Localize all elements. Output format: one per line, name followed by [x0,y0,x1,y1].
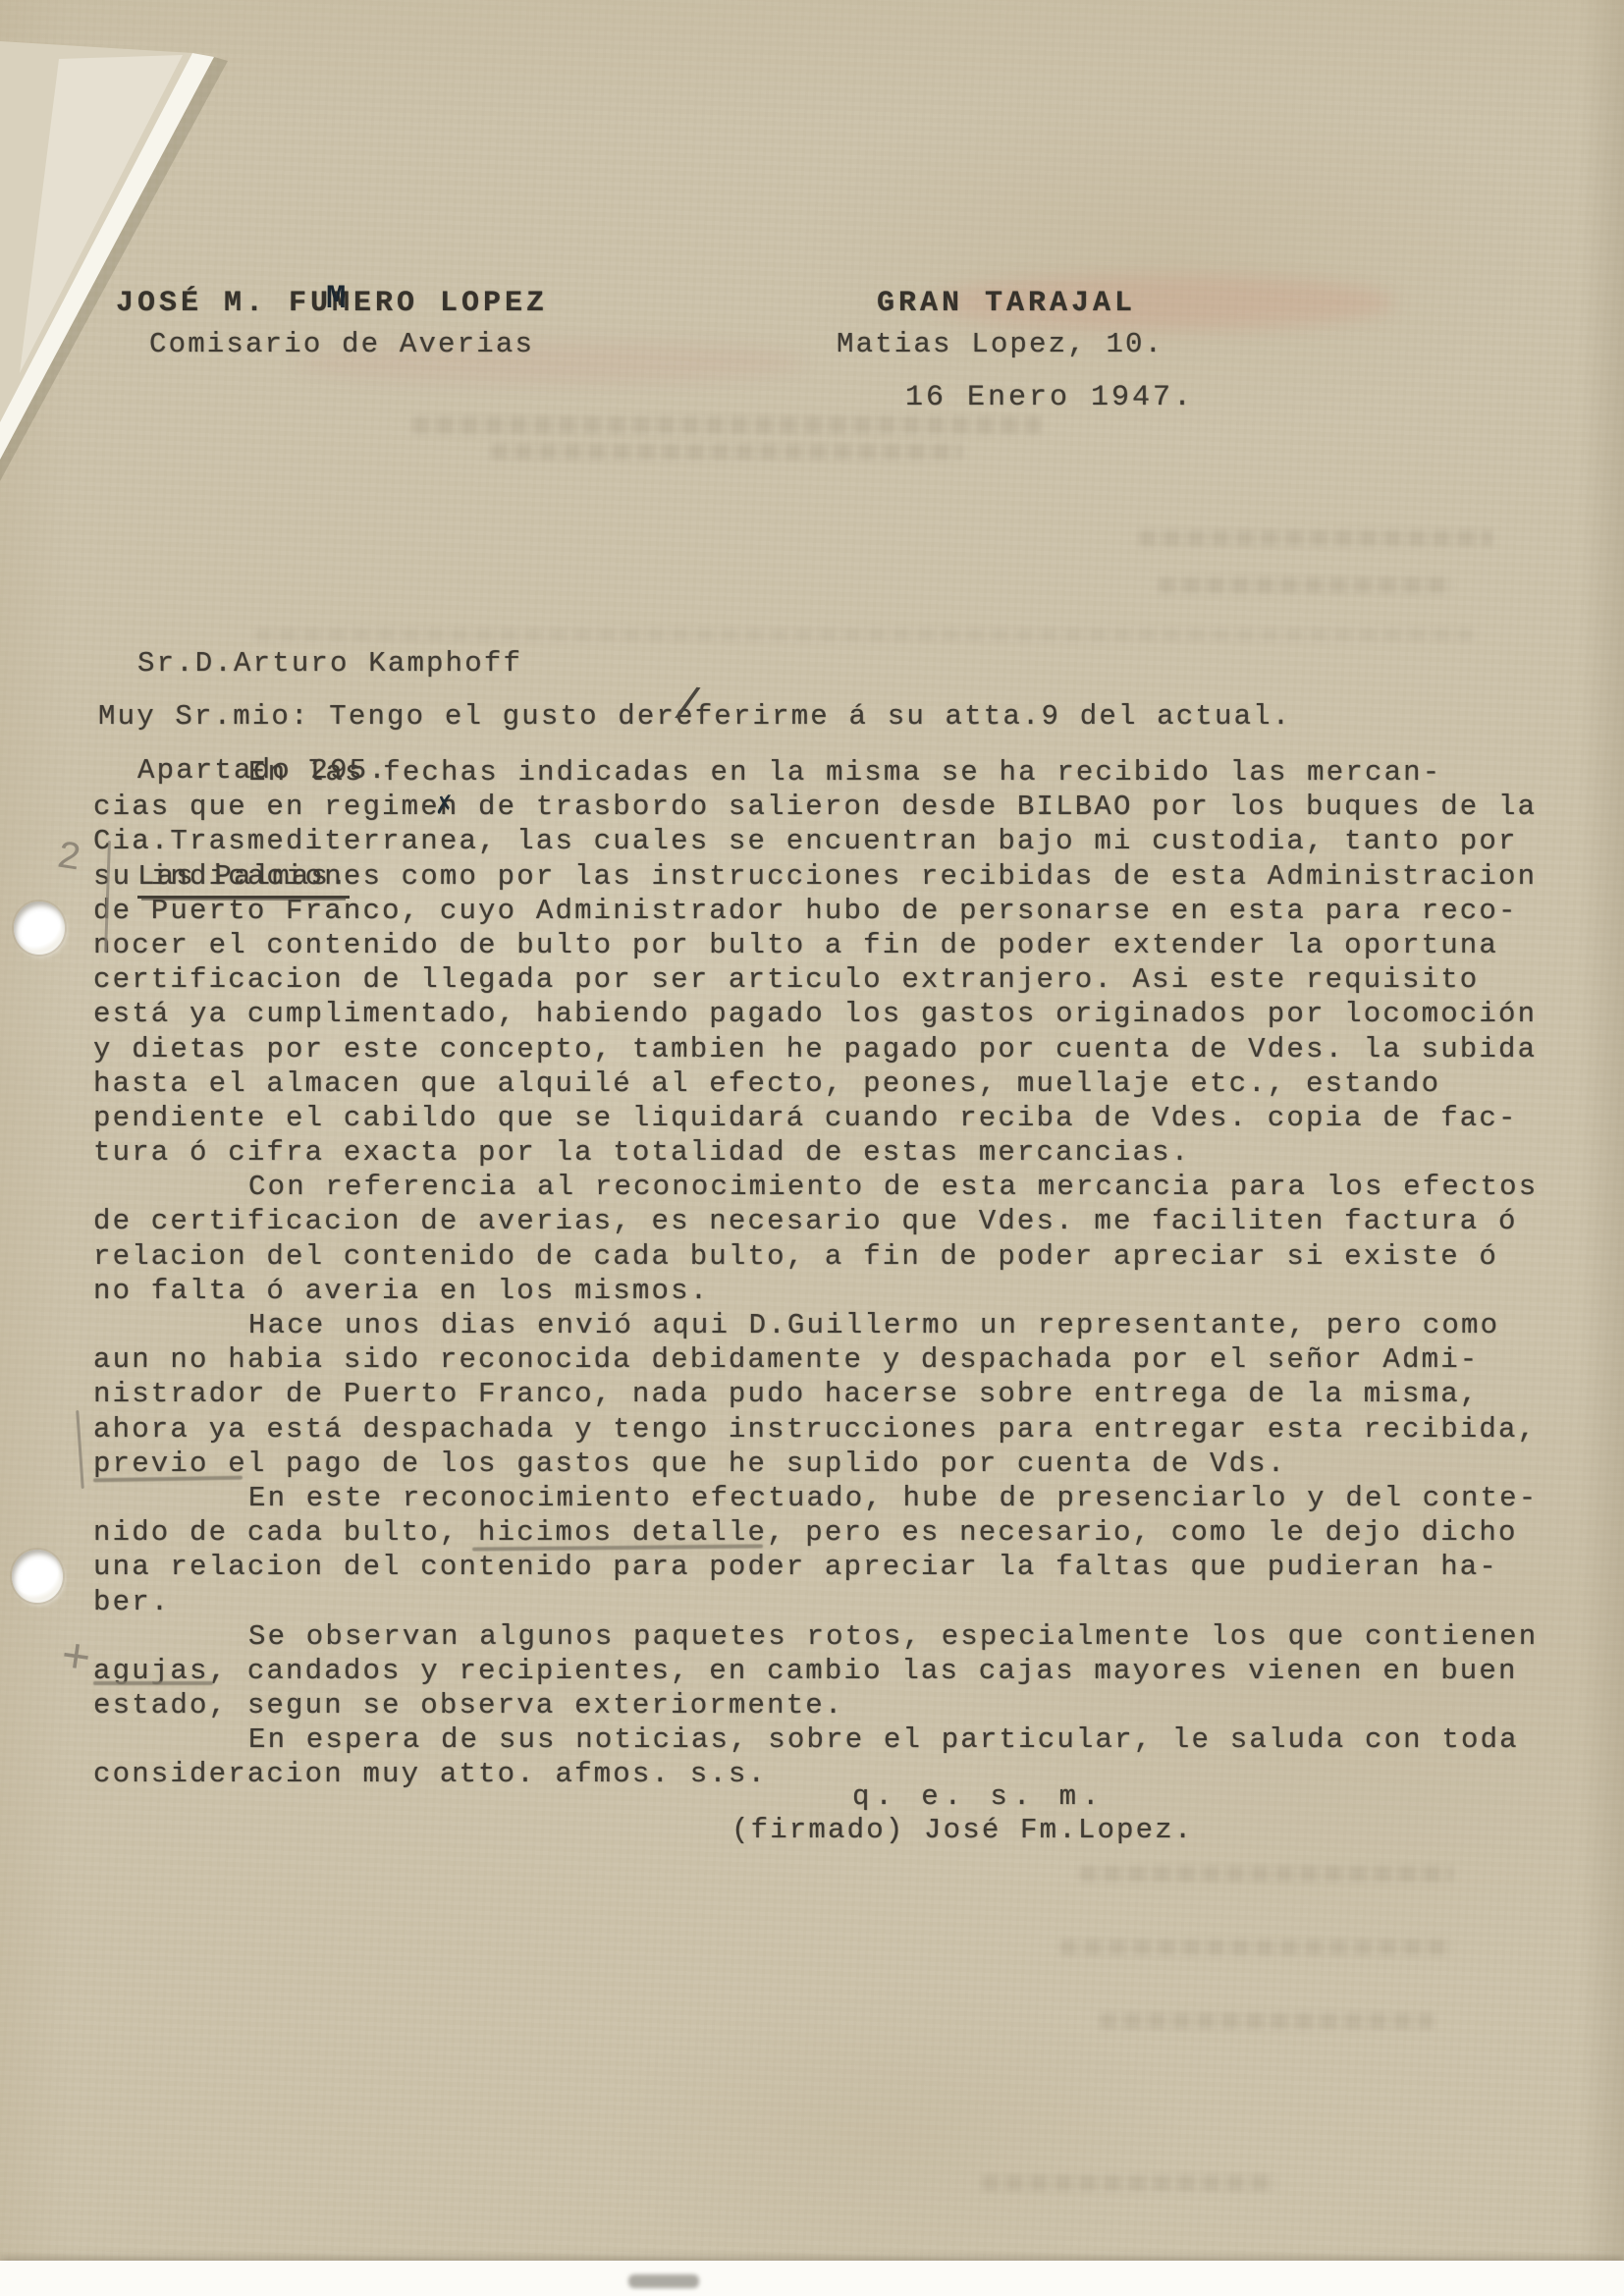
letter-date: 16 Enero 1947. [905,381,1194,415]
body-line: su indicaciones como por las instruccion… [93,859,1576,894]
body-line: tura ó cifra exacta por la totalidad de … [93,1135,1576,1170]
fold-flap [0,41,192,422]
punch-hole-top [14,902,65,955]
closing-formula: q. e. s. m. [852,1779,1105,1814]
body-paragraph: En las fechas indicadas en la misma se h… [93,755,1576,1170]
body-paragraph: Hace unos dias envió aqui D.Guillermo un… [93,1308,1576,1481]
bleed-through-text [1139,530,1492,546]
body-line: una relacion del contenido para poder ap… [93,1550,1576,1584]
fold-crease-shadow [0,57,228,481]
body-line: cias que en regimen de trasbordo saliero… [93,790,1576,824]
body-line: Se observan algunos paquetes rotos, espe… [93,1619,1576,1654]
pencil-underline-agujas [93,1681,213,1685]
body-line: consideracion muy atto. afmos. s.s. [93,1757,1576,1791]
bleed-through-text [1080,1866,1453,1882]
body-line: En este reconocimiento efectuado, hube d… [93,1481,1576,1515]
pencil-margin-stroke [76,1410,84,1489]
body-paragraph: En este reconocimiento efectuado, hube d… [93,1481,1576,1619]
bottom-smudge [628,2274,699,2288]
bleed-through-text [1100,2013,1434,2029]
fold-crease-highlight [0,53,214,460]
body-line: no falta ó averia en los mismos. [93,1274,1576,1308]
bleed-through-text [1159,577,1453,593]
bleed-through-text [491,444,962,460]
body-line: pendiente el cabildo que se liquidará cu… [93,1101,1576,1135]
body-line: aun no habia sido reconocida debidamente… [93,1342,1576,1377]
body-line: agujas, candados y recipientes, en cambi… [93,1654,1576,1688]
sender-title: Comisario de Averias [149,327,534,361]
body-line: de certificacion de averias, es necesari… [93,1204,1576,1238]
body-line: nido de cada bulto, hicimos detalle, per… [93,1515,1576,1550]
punch-hole-bottom [12,1550,63,1603]
body-line: de Puerto Franco, cuyo Administrador hub… [93,894,1576,928]
bleed-through-text [1060,1940,1453,1955]
body-line: nocer el contenido de bulto por bulto a … [93,928,1576,962]
body-line: ber. [93,1585,1576,1619]
body-line: nistrador de Puerto Franco, nada pudo ha… [93,1377,1576,1411]
bleed-through-text [982,2175,1276,2191]
body-paragraph: En espera de sus noticias, sobre el part… [93,1722,1576,1791]
body-line: está ya cumplimentado, habiendo pagado l… [93,997,1576,1031]
overstrike-blot: ✗ [433,785,456,824]
pencil-margin-cross: + [57,1630,94,1690]
recipient-name: Sr.D.Arturo Kamphoff [137,646,522,683]
body-line: Con referencia al reconocimiento de esta… [93,1170,1576,1204]
body-line: certificacion de llegada por ser articul… [93,962,1576,997]
letter-body: En las fechas indicadas en la misma se h… [93,755,1576,1792]
body-line: hasta el almacen que alquilé al efecto, … [93,1066,1576,1101]
body-line: previo el pago de los gastos que he supl… [93,1447,1576,1481]
scanned-letter-page: JOSÉ M. FUMERO LOPEZ Comisario de Averia… [0,0,1624,2296]
origin-address: Matias Lopez, 10. [837,327,1164,361]
body-paragraph: Con referencia al reconocimiento de esta… [93,1170,1576,1308]
body-line: En espera de sus noticias, sobre el part… [93,1722,1576,1757]
origin-place: GRAN TARAJAL [877,287,1136,321]
pencil-margin-number: 2 [54,835,84,882]
body-line: relacion del contenido de cada bulto, a … [93,1239,1576,1274]
body-line: ahora ya está despachada y tengo instruc… [93,1412,1576,1447]
body-paragraph: Se observan algunos paquetes rotos, espe… [93,1619,1576,1723]
body-line: estado, segun se observa exteriormente. [93,1688,1576,1722]
overstrike-letter-m: M [326,281,346,318]
body-line: Cia.Trasmediterranea, las cuales se encu… [93,824,1576,858]
scan-bottom-edge [0,2261,1624,2296]
folded-corner [0,0,295,511]
signature-line: (firmado) José Fm.Lopez. [731,1813,1193,1847]
body-line: y dietas por este concepto, tambien he p… [93,1032,1576,1066]
body-line: En las fechas indicadas en la misma se h… [93,755,1576,790]
body-line: Hace unos dias envió aqui D.Guillermo un… [93,1308,1576,1342]
bleed-through-text [412,416,1041,434]
